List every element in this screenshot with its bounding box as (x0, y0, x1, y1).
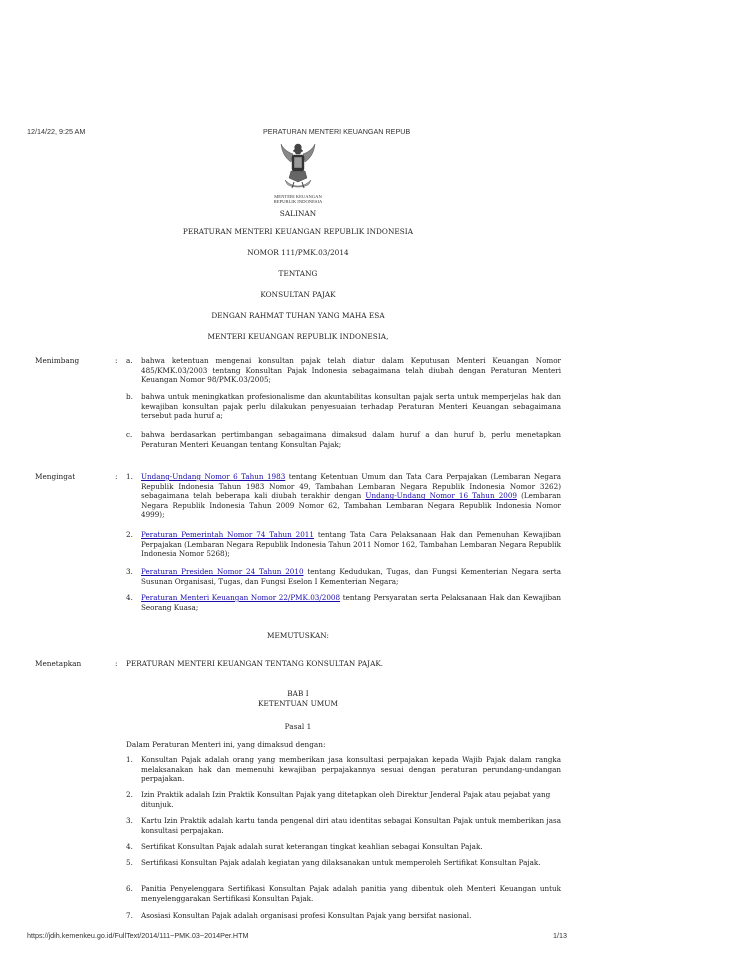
memutuskan-label: MEMUTUSKAN: (100, 631, 496, 640)
regulation-number: NOMOR 111/PMK.03/2014 (100, 248, 496, 257)
item-marker: 1. (126, 755, 140, 765)
menetapkan-label: Menetapkan (35, 659, 81, 668)
regulation-subject: KONSULTAN PAJAK (100, 290, 496, 299)
item-marker: 6. (126, 884, 140, 894)
menimbang-colon: : (115, 356, 117, 365)
menetapkan-colon: : (115, 659, 117, 668)
law-link[interactable]: Peraturan Pemerintah Nomor 74 Tahun 2011 (141, 530, 314, 539)
mengingat-item: 2. Peraturan Pemerintah Nomor 74 Tahun 2… (126, 530, 561, 559)
tentang-label: TENTANG (100, 269, 496, 278)
definition-item: 3. Kartu Izin Praktik adalah kartu tanda… (126, 816, 561, 835)
definition-item: 5. Sertifikasi Konsultan Pajak adalah ke… (126, 858, 561, 868)
definition-item: 4. Sertifikat Konsultan Pajak adalah sur… (126, 842, 561, 852)
item-text: Undang-Undang Nomor 6 Tahun 1983 tentang… (141, 472, 561, 520)
mengingat-colon: : (115, 472, 117, 481)
mengingat-item: 4. Peraturan Menteri Keuangan Nomor 22/P… (126, 593, 561, 612)
item-text: Panitia Penyelenggara Sertifikasi Konsul… (141, 884, 561, 903)
item-text: Asosiasi Konsultan Pajak adalah organisa… (141, 911, 561, 921)
definition-item: 1. Konsultan Pajak adalah orang yang mem… (126, 755, 561, 784)
issuer: MENTERI KEUANGAN REPUBLIK INDONESIA, (100, 332, 496, 341)
pasal-title: Pasal 1 (100, 722, 496, 731)
item-marker: 7. (126, 911, 140, 921)
item-text: Peraturan Menteri Keuangan Nomor 22/PMK.… (141, 593, 561, 612)
definition-item: 7. Asosiasi Konsultan Pajak adalah organ… (126, 911, 561, 921)
item-marker: 3. (126, 816, 140, 826)
menimbang-label: Menimbang (35, 356, 79, 365)
print-page-number: 1/13 (553, 931, 567, 940)
salinan-label: SALINAN (100, 209, 496, 218)
item-marker: 4. (126, 842, 140, 852)
item-text: Sertifikasi Konsultan Pajak adalah kegia… (141, 858, 561, 868)
law-link[interactable]: Peraturan Menteri Keuangan Nomor 22/PMK.… (141, 593, 340, 602)
mengingat-label: Mengingat (35, 472, 75, 481)
item-marker: 2. (126, 530, 140, 540)
item-marker: 4. (126, 593, 140, 603)
law-link[interactable]: Undang-Undang Nomor 6 Tahun 1983 (141, 472, 285, 481)
item-text: Konsultan Pajak adalah orang yang member… (141, 755, 561, 784)
item-marker: 1. (126, 472, 140, 482)
bab-number: BAB I (100, 689, 496, 698)
print-page-title: PERATURAN MENTERI KEUANGAN REPUB (263, 127, 410, 136)
item-marker: 5. (126, 858, 140, 868)
item-text: Kartu Izin Praktik adalah kartu tanda pe… (141, 816, 561, 835)
preamble: DENGAN RAHMAT TUHAN YANG MAHA ESA (100, 311, 496, 320)
item-text: bahwa berdasarkan pertimbangan sebagaima… (141, 430, 561, 449)
mengingat-item: 1. Undang-Undang Nomor 6 Tahun 1983 tent… (126, 472, 561, 520)
item-text: Peraturan Pemerintah Nomor 74 Tahun 2011… (141, 530, 561, 559)
menetapkan-text: PERATURAN MENTERI KEUANGAN TENTANG KONSU… (126, 659, 383, 668)
item-text: Sertifikat Konsultan Pajak adalah surat … (141, 842, 561, 852)
print-url: https://jdih.kemenkeu.go.id/FullText/201… (27, 931, 248, 940)
bab-title: KETENTUAN UMUM (100, 699, 496, 708)
pasal-intro: Dalam Peraturan Menteri ini, yang dimaks… (126, 740, 325, 749)
garuda-emblem-icon (279, 140, 317, 192)
mengingat-item: 3. Peraturan Presiden Nomor 24 Tahun 201… (126, 567, 561, 586)
item-marker: 2. (126, 790, 140, 800)
menimbang-item: a. bahwa ketentuan mengenai konsultan pa… (126, 356, 561, 385)
regulation-title: PERATURAN MENTERI KEUANGAN REPUBLIK INDO… (100, 227, 496, 236)
item-text: Izin Praktik adalah Izin Praktik Konsult… (141, 790, 561, 809)
item-marker: a. (126, 356, 140, 366)
item-marker: c. (126, 430, 140, 440)
law-link[interactable]: Undang-Undang Nomor 16 Tahun 2009 (365, 491, 517, 500)
menimbang-item: b. bahwa untuk meningkatkan profesionali… (126, 392, 561, 421)
item-marker: 3. (126, 567, 140, 577)
emblem-caption-line2: REPUBLIK INDONESIA (248, 200, 348, 205)
definition-item: 6. Panitia Penyelenggara Sertifikasi Kon… (126, 884, 561, 903)
item-text: bahwa untuk meningkatkan profesionalisme… (141, 392, 561, 421)
definition-item: 2. Izin Praktik adalah Izin Praktik Kons… (126, 790, 561, 809)
print-date: 12/14/22, 9:25 AM (27, 127, 85, 136)
item-text: bahwa ketentuan mengenai konsultan pajak… (141, 356, 561, 385)
item-text: Peraturan Presiden Nomor 24 Tahun 2010 t… (141, 567, 561, 586)
menimbang-item: c. bahwa berdasarkan pertimbangan sebaga… (126, 430, 561, 449)
law-link[interactable]: Peraturan Presiden Nomor 24 Tahun 2010 (141, 567, 304, 576)
item-marker: b. (126, 392, 140, 402)
